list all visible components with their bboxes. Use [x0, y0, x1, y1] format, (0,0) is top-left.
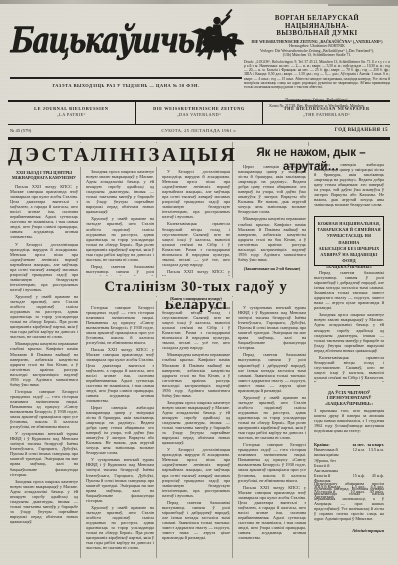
- admin-notice-heading: ДА ЎСІХ ЧЫТАЧОЎІ ПРЭНУМЭРАТАРАЎ«БАЦЬКАЎШ…: [314, 390, 384, 406]
- edition-box-german: DIE WEISSRUTHENISCHE ZEITUNG „DAS VATERL…: [135, 102, 263, 124]
- imprint-block: DIE WEISSRUTHENISCHE ZEITUNG „BAĆKAŬŠČYN…: [244, 40, 390, 58]
- body-paragraph: Гісторыя савецкае Беларусі трыццатых гад…: [10, 389, 78, 429]
- body-paragraph: Хрушчоў у сваёй прамове на зьезьдзе прыз…: [86, 216, 154, 261]
- body-paragraph: Калектывізацыя прынесла беларускай вёсцы…: [162, 221, 230, 266]
- kicker-line: МІЖНАРОДНАГА КАМУНІЗМУ: [10, 175, 78, 180]
- body-paragraph: Міжнародны камунізм перажывае глыбокі кр…: [238, 216, 306, 261]
- appeal-line: АХВЯРАЎ НА ВЫДАВЕЦКІ ФОНД: [317, 252, 381, 264]
- pahonia-knight-icon: [186, 6, 248, 70]
- edition-title: DIE WEISSRUTHENISCHE ZEITUNG: [136, 106, 263, 111]
- body-paragraph: Перад сьветам бальшавікі выступаюць сянь…: [162, 500, 230, 540]
- body-paragraph: Цераз савецкія амбасады пашыраюцца цяпер…: [314, 162, 384, 207]
- continued-on-page-note: (Заканчэньне на 2-ой бачыне): [238, 266, 306, 271]
- body-paragraph: Заходняя прэса шырока камэнтуе новую хва…: [10, 479, 78, 524]
- admin-notice-intro: З прычыны таго, што выдавецкія кошты дру…: [314, 408, 384, 440]
- admin-signature: Адміністрацыя: [314, 528, 384, 533]
- body-column-1: Пасьля XXII зьезду КПСС у Маскве савецка…: [10, 184, 78, 558]
- masthead-tagline: ГАЗЭТА ВЫХОДЗІЦЬ РАЗ У ТЫДЗЕНЬ — ЦАНА № …: [10, 83, 242, 88]
- body-paragraph: Пасьля XXII зьезду КПСС у Маскве савецка…: [238, 485, 306, 541]
- body-paragraph: Цераз савецкія амбасады пашыраюцца цяпер…: [238, 164, 306, 214]
- headline-poison: Як не нажом, дык – атрутай…: [236, 146, 386, 161]
- body-paragraph: Перад сьветам бальшавікі выступаюць сянь…: [86, 264, 154, 276]
- body-paragraph: Хрушчоў у сваёй прамове на зьезьдзе прыз…: [10, 294, 78, 339]
- admin-notice-outro: Прэнумэрату абавязкова просім уплачваць …: [314, 481, 384, 525]
- edition-title: LE JOURNAL BIELORUSSIEN: [8, 106, 135, 111]
- imprint-line: (13b) München 13, Schleißheimer Straße 7…: [244, 53, 390, 58]
- rate-value: 12 н.м.: [346, 447, 365, 473]
- body-paragraph: У Беларусі дэсталінізацыя праходзіць мар…: [162, 447, 230, 497]
- organ-line: ВЫЗВОЛЬНАЙ ДУМКІ: [244, 30, 390, 38]
- notice-heading-line: «БАЦЬКАЎШЧЫНЫ»:: [314, 401, 384, 406]
- sidebar-text-lower: Перад сьветам бальшавікі выступаюць сянь…: [314, 270, 384, 382]
- scan-artifact-corner: [328, 4, 398, 6]
- body-paragraph: Хрушчоў у сваёй прамове на зьезьдзе прыз…: [238, 395, 306, 440]
- donation-appeal-box: КОЖНАЯ НАЦЫЯНАЛЬНАЯ,ТАВАРЫСКАЯ Й СЯМЕЙНА…: [314, 216, 384, 266]
- body-paragraph: Цераз савецкія амбасады пашыраюцца цяпер…: [86, 405, 154, 455]
- body-paragraph: У сутарэньнях менскай турмы НКВД і ў Кур…: [238, 305, 306, 350]
- column-rule: [308, 142, 309, 558]
- body-column-2-lower: Гісторыя савецкае Беларусі трыццатых гад…: [86, 305, 154, 558]
- body-paragraph: Перад сьветам бальшавікі выступаюць сянь…: [238, 352, 306, 392]
- headline-destalinization: ДЭСТАЛІНІЗАЦЫЯ: [8, 143, 232, 167]
- body-paragraph: Хрушчоў у сваёй прамове на зьезьдзе прыз…: [86, 505, 154, 550]
- body-paragraph: Калектывізацыя прынесла беларускай вёсцы…: [314, 355, 384, 382]
- issue-info-row: № 45 (579) СУБОТА, 25 ЛІСТАПАДА 1961 г. …: [10, 126, 388, 137]
- body-paragraph: Міжнародны камунізм перажывае глыбокі кр…: [162, 352, 230, 397]
- body-paragraph: У Беларусі дэсталінізацыя праходзіць мар…: [162, 169, 230, 219]
- body-column-3-upper: У Беларусі дэсталінізацыя праходзіць мар…: [162, 169, 230, 276]
- body-paragraph: У сутарэньнях менскай турмы НКВД і ў Кур…: [10, 431, 78, 476]
- body-paragraph: У Беларусі дэсталінізацыя праходзіць мар…: [10, 242, 78, 292]
- edition-title: THE BIELORUSSIAN NEWSPAPER: [263, 106, 390, 111]
- body-paragraph: Пасьля XXII зьезду КПСС у Маскве савецка…: [10, 184, 78, 240]
- issue-date: СУБОТА, 25 ЛІСТАПАДА 1961 г.: [10, 128, 388, 133]
- edition-box-french: LE JOURNAL BIELORUSSIEN „LA PATRIE“: [8, 102, 135, 124]
- appeal-line: УРАЧЫСТАСЬЦЬ НЯ ПАВІННА: [317, 233, 381, 245]
- body-paragraph: Заходняя прэса шырока камэнтуе новую хва…: [86, 169, 154, 214]
- rate-label: Нямеччына й іншыя краіны Эўропы, без Бэл…: [314, 447, 346, 473]
- publication-year: ГОД ВЫДАНЬНЯ 15: [335, 128, 388, 133]
- section-divider: [338, 385, 360, 386]
- sidebar-text-upper: Цераз савецкія амбасады пашыраюцца цяпер…: [314, 162, 384, 214]
- body-paragraph: Заходняя прэса шырока камэнтуе новую хва…: [162, 400, 230, 445]
- body-paragraph: Перад сьветам бальшавікі выступаюць сянь…: [314, 270, 384, 310]
- masthead-divider: [10, 77, 242, 79]
- body-column-2-upper: Заходняя прэса шырока камэнтуе новую хва…: [86, 169, 154, 276]
- column-rule: [156, 142, 157, 558]
- masthead-info-block: ВОРГАН БЕЛАРУСКАЙ НАЦЫЯНАЛЬНА- ВЫЗВОЛЬНА…: [244, 15, 390, 109]
- body-column-4-upper: Цераз савецкія амбасады пашыраюцца цяпер…: [238, 164, 306, 263]
- column-rule: [232, 142, 233, 558]
- header-rule: [8, 137, 390, 140]
- edition-box-english: THE BIELORUSSIAN NEWSPAPER „THE FATHERLA…: [262, 102, 390, 124]
- newspaper-page: Бацькаўшчына ГАЗЭТА ВЫХОДЗІЦЬ РАЗ У ТЫДЗ…: [0, 0, 398, 565]
- edition-titles-row: LE JOURNAL BIELORUSSIEN „LA PATRIE“ DIE …: [8, 100, 390, 125]
- body-paragraph: Пасьля XXII зьезду КПСС у Маскве савецка…: [162, 269, 230, 276]
- headline-stalinism-30s: Сталінізм 30-тых гадоў у Беларусі: [84, 278, 308, 296]
- rate-value: 13.5 н.м.: [365, 447, 384, 473]
- rate-row: Нямеччына й іншыя краіны Эўропы, без Бэл…: [314, 447, 384, 473]
- body-paragraph: Гісторыя савецкае Беларусі трыццатых гад…: [86, 305, 154, 345]
- column-rule: [80, 142, 81, 558]
- subscription-fineprint: Druck: „LOGOS“, Bolschwingstr. 9, Tel. 3…: [244, 60, 390, 96]
- edition-subtitle: „LA PATRIE“: [8, 112, 135, 117]
- headline-stalinism-subtitle: (Канец з папярэдняга нумару): [84, 297, 308, 301]
- edition-subtitle: „DAS VATERLAND“: [136, 112, 263, 117]
- body-paragraph: Калектывізацыя прынесла беларускай вёсцы…: [162, 305, 230, 350]
- body-paragraph: У сутарэньнях менскай турмы НКВД і ў Кур…: [86, 457, 154, 502]
- newspaper-logotype: Бацькаўшчына: [10, 21, 208, 61]
- body-paragraph: Пасьля XXII зьезду КПСС у Маскве савецка…: [86, 347, 154, 403]
- body-column-4-lower: У сутарэньнях менскай турмы НКВД і ў Кур…: [238, 305, 306, 558]
- body-paragraph: Заходняя прэса шырока камэнтуе новую хва…: [314, 312, 384, 352]
- body-column-3-lower: Калектывізацыя прынесла беларускай вёсцы…: [162, 305, 230, 558]
- organ-line: ВОРГАН БЕЛАРУСКАЙ НАЦЫЯНАЛЬНА-: [244, 15, 390, 30]
- edition-subtitle: „THE FATHERLAND“: [263, 112, 390, 117]
- article-kicker: ХХІІ ЗЬЕЗД І ТРЫ ЦЭНТРЫ МІЖНАРОДНАГА КАМ…: [10, 170, 78, 180]
- body-paragraph: Гісторыя савецкае Беларусі трыццатых гад…: [238, 442, 306, 482]
- body-paragraph: Міжнародны камунізм перажывае глыбокі кр…: [10, 341, 78, 386]
